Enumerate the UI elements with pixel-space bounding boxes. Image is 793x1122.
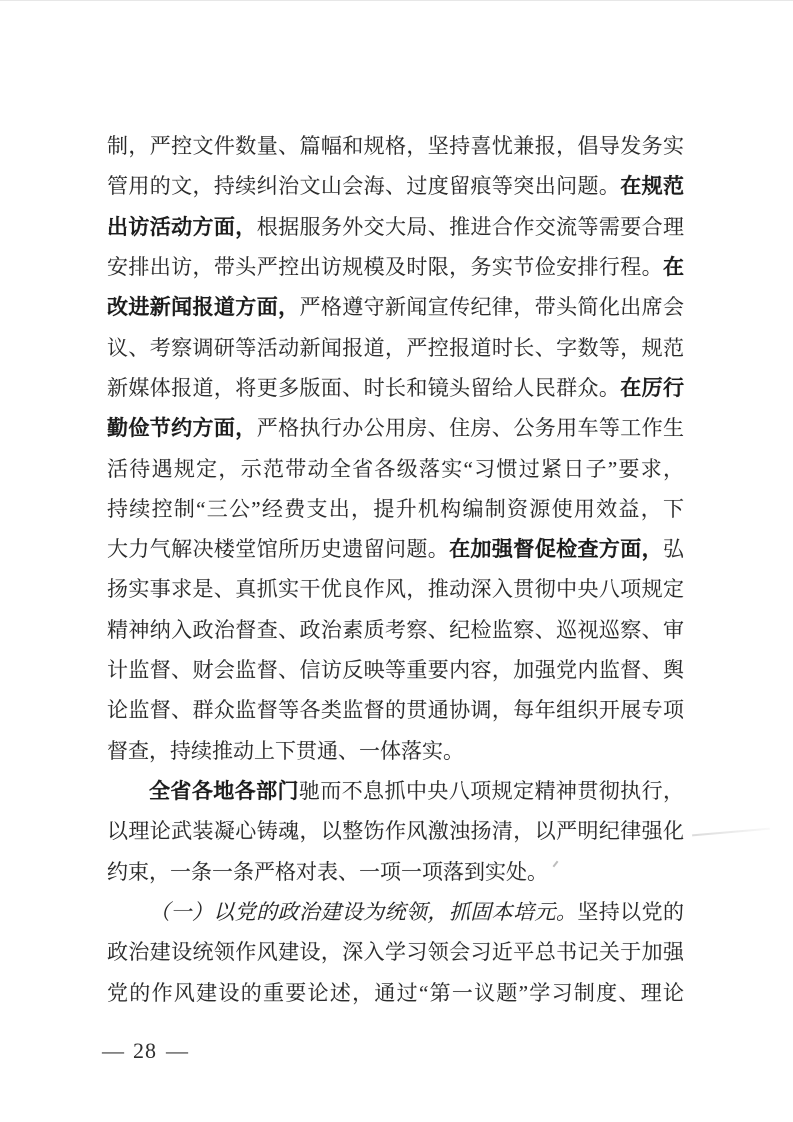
body-text: 约束，一条一条严格对表、一项一项落到实处。 xyxy=(107,860,548,884)
text-line-11: 大力气解决楼堂馆所历史遗留问题。在加强督促检查方面，弘 xyxy=(107,529,684,569)
text-line-16: 督查，持续推动上下贯通、一体落实。 xyxy=(107,731,684,771)
emphasis-text: 在加强督促检查方面， xyxy=(449,537,663,561)
emphasis-text: 在规范 xyxy=(620,174,684,198)
body-text: 党的作风建设的重要论述，通过“第一议题”学习制度、理论 xyxy=(107,981,684,1005)
text-line-9: 活待遇规定，示范带动全省各级落实“习惯过紧日子”要求， xyxy=(107,449,684,489)
page-number-footer: — 28 — xyxy=(102,1040,188,1062)
emphasis-text: 在 xyxy=(663,255,684,279)
body-text: 政治建设统领作风建设，深入学习领会习近平总书记关于加强 xyxy=(107,940,684,964)
page-number: 28 xyxy=(133,1040,157,1062)
text-line-20: （一）以党的政治建设为统领，抓固本培元。坚持以党的 xyxy=(107,892,684,932)
text-line-1: 制，严控文件数量、篇幅和规格，坚持喜忧兼报，倡导发务实 xyxy=(107,126,684,166)
body-text: 严格遵守新闻宣传纪律，带头简化出席会 xyxy=(299,295,684,319)
body-text: 活待遇规定，示范带动全省各级落实“习惯过紧日子”要求， xyxy=(107,457,684,481)
body-text: 管用的文，持续纠治文山会海、过度留痕等突出问题。 xyxy=(107,174,620,198)
body-text: 坚持以党的 xyxy=(577,900,684,924)
heading-text: （一）以党的政治建设为统领，抓固本培元。 xyxy=(149,900,577,924)
text-line-21: 政治建设统领作风建设，深入学习领会习近平总书记关于加强 xyxy=(107,932,684,972)
text-line-22: 党的作风建设的重要论述，通过“第一议题”学习制度、理论 xyxy=(107,973,684,1013)
body-text: 计监督、财会监督、信访反映等重要内容，加强党内监督、舆 xyxy=(107,658,684,682)
body-text: 以理论武装凝心铸魂，以整饬作风激浊扬清，以严明纪律强化 xyxy=(107,819,684,843)
emphasis-text: 出访活动方面， xyxy=(107,215,257,239)
text-line-6: 议、考察调研等活动新闻报道，严控报道时长、字数等，规范 xyxy=(107,328,684,368)
text-line-17: 全省各地各部门驰而不息抓中央八项规定精神贯彻执行， xyxy=(107,771,684,811)
emphasis-text: 全省各地各部门 xyxy=(149,779,299,803)
text-line-3: 出访活动方面，根据服务外交大局、推进合作交流等需要合理 xyxy=(107,207,684,247)
text-line-2: 管用的文，持续纠治文山会海、过度留痕等突出问题。在规范 xyxy=(107,166,684,206)
body-text: 督查，持续推动上下贯通、一体落实。 xyxy=(107,739,464,763)
body-text: 根据服务外交大局、推进合作交流等需要合理 xyxy=(257,215,684,239)
text-line-7: 新媒体报道，将更多版面、时长和镜头留给人民群众。在厉行 xyxy=(107,368,684,408)
body-text: 新媒体报道，将更多版面、时长和镜头留给人民群众。 xyxy=(107,376,620,400)
body-text: 议、考察调研等活动新闻报道，严控报道时长、字数等，规范 xyxy=(107,336,684,360)
body-text: 大力气解决楼堂馆所历史遗留问题。 xyxy=(107,537,449,561)
footer-dash-right: — xyxy=(166,1040,188,1062)
body-text: 持续控制“三公”经费支出，提升机构编制资源使用效益，下 xyxy=(107,497,684,521)
body-text: 论监督、群众监督等各类监督的贯通协调，每年组织开展专项 xyxy=(107,698,684,722)
text-line-5: 改进新闻报道方面，严格遵守新闻宣传纪律，带头简化出席会 xyxy=(107,287,684,327)
body-text: 弘 xyxy=(663,537,684,561)
text-line-10: 持续控制“三公”经费支出，提升机构编制资源使用效益，下 xyxy=(107,489,684,529)
text-line-8: 勤俭节约方面，严格执行办公用房、住房、公务用车等工作生 xyxy=(107,408,684,448)
document-page: 制，严控文件数量、篇幅和规格，坚持喜忧兼报，倡导发务实管用的文，持续纠治文山会海… xyxy=(0,0,793,1122)
body-text: 扬实事求是、真抓实干优良作风，推动深入贯彻中央八项规定 xyxy=(107,577,684,601)
text-line-14: 计监督、财会监督、信访反映等重要内容，加强党内监督、舆 xyxy=(107,650,684,690)
text-line-4: 安排出访，带头严控出访规模及时限，务实节俭安排行程。在 xyxy=(107,247,684,287)
scan-artifact xyxy=(692,828,770,837)
scan-edge-artifact xyxy=(0,0,793,1)
body-text: 精神纳入政治督查、政治素质考察、纪检监察、巡视巡察、审 xyxy=(107,618,684,642)
text-line-18: 以理论武装凝心铸魂，以整饬作风激浊扬清，以严明纪律强化 xyxy=(107,811,684,851)
footer-dash-left: — xyxy=(102,1040,124,1062)
body-text: 制，严控文件数量、篇幅和规格，坚持喜忧兼报，倡导发务实 xyxy=(107,134,684,158)
text-line-15: 论监督、群众监督等各类监督的贯通协调，每年组织开展专项 xyxy=(107,690,684,730)
emphasis-text: 在厉行 xyxy=(620,376,684,400)
emphasis-text: 改进新闻报道方面， xyxy=(107,295,299,319)
text-line-12: 扬实事求是、真抓实干优良作风，推动深入贯彻中央八项规定 xyxy=(107,569,684,609)
text-line-13: 精神纳入政治督查、政治素质考察、纪检监察、巡视巡察、审 xyxy=(107,610,684,650)
body-text: 驰而不息抓中央八项规定精神贯彻执行， xyxy=(299,779,684,803)
text-line-19: 约束，一条一条严格对表、一项一项落到实处。 xyxy=(107,852,684,892)
body-text: 安排出访，带头严控出访规模及时限，务实节俭安排行程。 xyxy=(107,255,663,279)
document-body: 制，严控文件数量、篇幅和规格，坚持喜忧兼报，倡导发务实管用的文，持续纠治文山会海… xyxy=(107,126,684,1013)
body-text: 严格执行办公用房、住房、公务用车等工作生 xyxy=(257,416,684,440)
emphasis-text: 勤俭节约方面， xyxy=(107,416,257,440)
